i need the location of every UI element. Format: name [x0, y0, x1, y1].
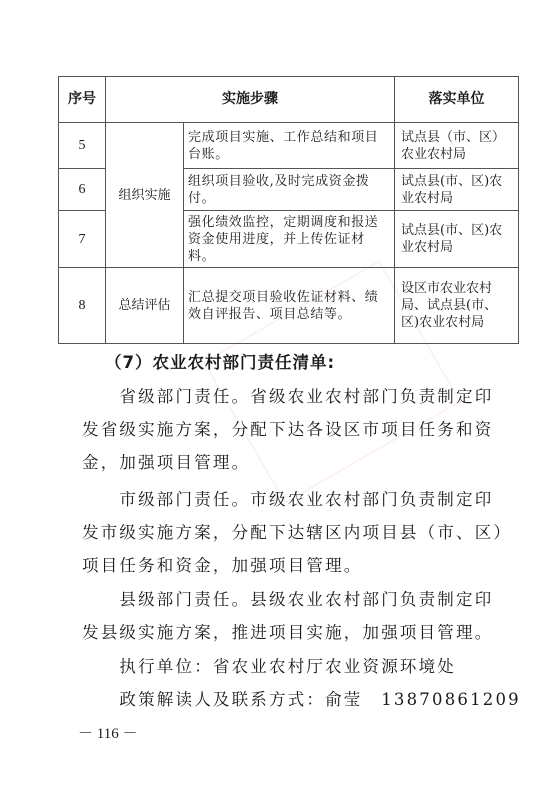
section-heading: （7）农业农村部门责任清单: — [105, 349, 335, 373]
header-steps: 实施步骤 — [106, 77, 395, 123]
paragraph-line: 省级部门责任。省级农业农村部门负责制定印 — [82, 383, 482, 407]
header-unit: 落实单位 — [395, 77, 519, 123]
paragraph-line: 项目任务和资金，加强项目管理。 — [82, 552, 482, 576]
row-number: 8 — [59, 268, 106, 344]
row-phase: 组织实施 — [106, 123, 184, 268]
row-number: 7 — [59, 211, 106, 268]
paragraph-line: 发市级实施方案，分配下达辖区内项目县（市、区） — [82, 519, 482, 543]
table-row: 8 总结评估 汇总提交项目验收佐证材料、绩效自评报告、项目总结等。 设区市农业农… — [59, 268, 519, 344]
paragraph-line: 发县级实施方案，推进项目实施，加强项目管理。 — [82, 619, 482, 643]
row-phase: 总结评估 — [106, 268, 184, 344]
row-step: 汇总提交项目验收佐证材料、绩效自评报告、项目总结等。 — [184, 268, 395, 344]
header-seq: 序号 — [59, 77, 106, 123]
paragraph-line: 发省级实施方案，分配下达各设区市项目任务和资 — [82, 416, 482, 440]
row-unit: 试点县(市、区)农业农村局 — [395, 169, 519, 211]
table-row: 5 组织实施 完成项目实施、工作总结和项目台账。 试点县（市、区）农业农村局 — [59, 123, 519, 169]
page-number: － 116 － — [78, 722, 137, 743]
row-number: 6 — [59, 169, 106, 211]
row-step: 强化绩效监控，定期调度和报送资金使用进度，并上传佐证材料。 — [184, 211, 395, 268]
paragraph-line: 金，加强项目管理。 — [82, 449, 482, 473]
paragraph-line: 县级部门责任。县级农业农村部门负责制定印 — [82, 586, 482, 610]
executing-unit-line: 执行单位：省农业农村厅农业资源环境处 — [82, 653, 482, 677]
implementation-steps-table: 序号 实施步骤 落实单位 5 组织实施 完成项目实施、工作总结和项目台账。 试点… — [58, 76, 519, 344]
row-number: 5 — [59, 123, 106, 169]
row-unit: 设区市农业农村局、试点县(市、区)农业农村局 — [395, 268, 519, 344]
paragraph-line: 市级部门责任。市级农业农村部门负责制定印 — [82, 486, 482, 510]
contact-line: 政策解读人及联系方式：俞莹 13870861209 — [82, 686, 482, 710]
table-header-row: 序号 实施步骤 落实单位 — [59, 77, 519, 123]
row-unit: 试点县(市、区)农业农村局 — [395, 211, 519, 268]
row-step: 组织项目验收,及时完成资金拨付。 — [184, 169, 395, 211]
row-step: 完成项目实施、工作总结和项目台账。 — [184, 123, 395, 169]
row-unit: 试点县（市、区）农业农村局 — [395, 123, 519, 169]
